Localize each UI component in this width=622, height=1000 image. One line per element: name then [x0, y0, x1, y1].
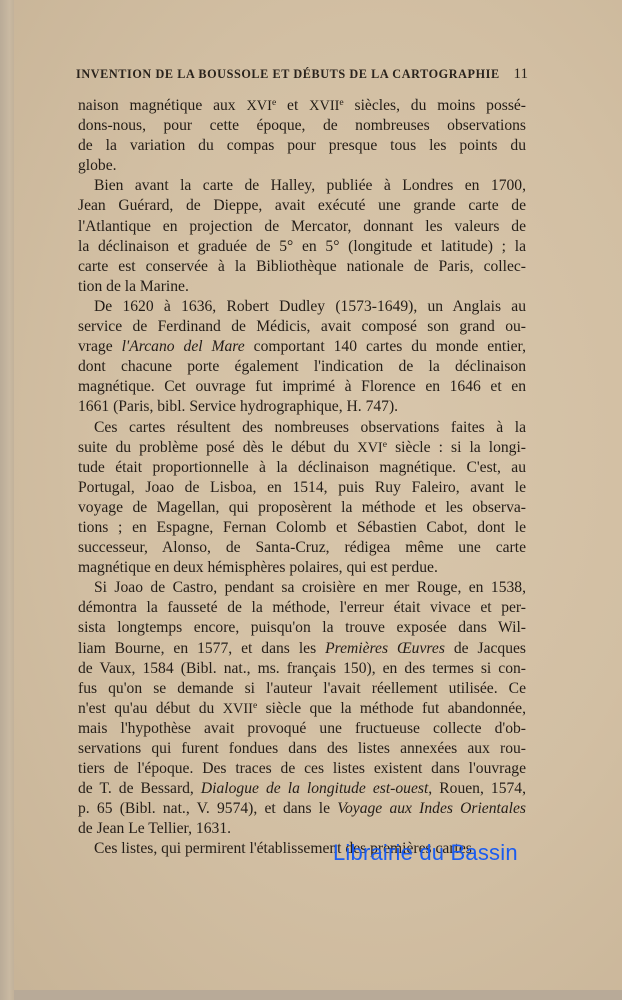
text-line: 1661 (Paris, bibl. Service hydrographiqu…	[78, 397, 526, 417]
text-line: de T. de Bessard, Dialogue de la longitu…	[78, 779, 526, 799]
text-line: dons-nous, pour cette époque, de nombreu…	[78, 116, 526, 136]
text-line: vrage l'Arcano del Mare comportant 140 c…	[78, 337, 526, 357]
running-header: INVENTION DE LA BOUSSOLE ET DÉBUTS DE LA…	[76, 66, 528, 83]
text-line: tion de la Marine.	[78, 277, 526, 297]
text-line: successeur, Alonso, de Santa-Cruz, rédig…	[78, 538, 526, 558]
text-line: service de Ferdinand de Médicis, avait c…	[78, 317, 526, 337]
text-line: sista longtemps encore, puisqu'on la tro…	[78, 618, 526, 638]
text-line: de Vaux, 1584 (Bibl. nat., ms. français …	[78, 659, 526, 679]
watermark: Librairie du Bassin	[333, 840, 518, 866]
text-line: p. 65 (Bibl. nat., V. 9574), et dans le …	[78, 799, 526, 819]
text-line: suite du problème posé dès le début du X…	[78, 438, 526, 458]
text-line: carte est conservée à la Bibliothèque na…	[78, 257, 526, 277]
text-line: Si Joao de Castro, pendant sa croisière …	[78, 578, 526, 598]
text-line: de Jean Le Tellier, 1631.	[78, 819, 526, 839]
text-line: liam Bourne, en 1577, et dans les Premiè…	[78, 639, 526, 659]
text-line: De 1620 à 1636, Robert Dudley (1573-1649…	[78, 297, 526, 317]
page-bottom-edge	[14, 990, 622, 1000]
text-line: tions ; en Espagne, Fernan Colomb et Séb…	[78, 518, 526, 538]
text-line: n'est qu'au début du XVIIe siècle que la…	[78, 699, 526, 719]
text-line: globe.	[78, 156, 526, 176]
text-line: magnétique en deux hémisphères polaires,…	[78, 558, 526, 578]
text-line: Jean Guérard, de Dieppe, avait exécuté u…	[78, 196, 526, 216]
paragraph: De 1620 à 1636, Robert Dudley (1573-1649…	[78, 297, 526, 418]
text-line: Bien avant la carte de Halley, publiée à…	[78, 176, 526, 196]
text-line: voyage de Magellan, qui proposèrent la m…	[78, 498, 526, 518]
paragraph: Bien avant la carte de Halley, publiée à…	[78, 176, 526, 297]
text-line: magnétique. Cet ouvrage fut imprimé à Fl…	[78, 377, 526, 397]
text-line: fus qu'on se demande si l'auteur l'avait…	[78, 679, 526, 699]
text-line: naison magnétique aux XVIe et XVIIe sièc…	[78, 96, 526, 116]
text-line: Portugal, Joao de Lisboa, en 1514, puis …	[78, 478, 526, 498]
text-line: la déclinaison et graduée de 5° en 5° (l…	[78, 237, 526, 257]
text-line: l'Atlantique en projection de Mercator, …	[78, 217, 526, 237]
text-line: mais l'hypothèse avait provoqué une fruc…	[78, 719, 526, 739]
paragraph: naison magnétique aux XVIe et XVIIe sièc…	[78, 96, 526, 176]
page-number: 11	[514, 66, 528, 83]
paragraph: Si Joao de Castro, pendant sa croisière …	[78, 578, 526, 839]
text-line: tude était proportionnelle à la déclinai…	[78, 458, 526, 478]
text-line: servations qui furent fondues dans des l…	[78, 739, 526, 759]
paragraph: Ces cartes résultent des nombreuses obse…	[78, 418, 526, 579]
text-line: dont chacune porte également l'indicatio…	[78, 357, 526, 377]
text-line: tiers de l'époque. Des traces de ces lis…	[78, 759, 526, 779]
text-line: démontra la fausseté de la méthode, l'er…	[78, 598, 526, 618]
text-line: de la variation du compas pour presque t…	[78, 136, 526, 156]
body-text: naison magnétique aux XVIe et XVIIe sièc…	[78, 96, 526, 860]
chapter-title: INVENTION DE LA BOUSSOLE ET DÉBUTS DE LA…	[76, 67, 500, 82]
text-line: Ces cartes résultent des nombreuses obse…	[78, 418, 526, 438]
